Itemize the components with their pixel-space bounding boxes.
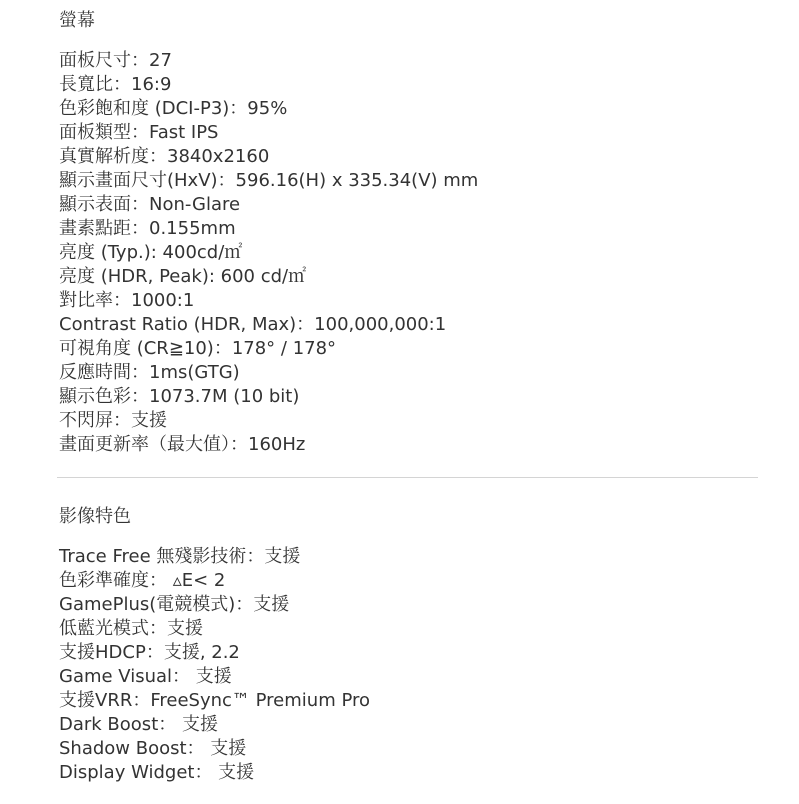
feature-hdcp: 支援HDCP：支援, 2.2 <box>59 641 759 665</box>
spec-display-surface: 顯示表面：Non-Glare <box>59 193 759 217</box>
spec-flicker-free: 不閃屏：支援 <box>59 409 759 433</box>
feature-dark-boost: Dark Boost： 支援 <box>59 713 759 737</box>
spec-contrast-ratio: 對比率：1000:1 <box>59 289 759 313</box>
spec-response-time: 反應時間：1ms(GTG) <box>59 361 759 385</box>
spec-color-gamut: 色彩飽和度 (DCI-P3)：95% <box>59 97 759 121</box>
spec-resolution: 真實解析度：3840x2160 <box>59 145 759 169</box>
feature-low-blue-light: 低藍光模式：支援 <box>59 617 759 641</box>
feature-shadow-boost: Shadow Boost： 支援 <box>59 737 759 761</box>
section-divider <box>57 477 758 478</box>
feature-display-widget: Display Widget： 支援 <box>59 761 759 785</box>
spec-display-colors: 顯示色彩：1073.7M (10 bit) <box>59 385 759 409</box>
feature-color-accuracy: 色彩準確度： ▵E< 2 <box>59 569 759 593</box>
feature-vrr: 支援VRR：FreeSync™ Premium Pro <box>59 689 759 713</box>
spec-pixel-pitch: 畫素點距：0.155mm <box>59 217 759 241</box>
section-title-display: 螢幕 <box>59 9 759 33</box>
spec-panel-type: 面板類型：Fast IPS <box>59 121 759 145</box>
feature-trace-free: Trace Free 無殘影技術：支援 <box>59 545 759 569</box>
display-spec-list: 面板尺寸：27 長寬比：16:9 色彩飽和度 (DCI-P3)：95% 面板類型… <box>59 49 759 457</box>
video-feature-list: Trace Free 無殘影技術：支援 色彩準確度： ▵E< 2 GamePlu… <box>59 545 759 785</box>
spec-brightness-typ: 亮度 (Typ.): 400cd/㎡ <box>59 241 759 265</box>
feature-gameplus: GamePlus(電競模式)：支援 <box>59 593 759 617</box>
display-specs-section: 螢幕 面板尺寸：27 長寬比：16:9 色彩飽和度 (DCI-P3)：95% 面… <box>59 9 759 457</box>
spec-viewing-angle: 可視角度 (CR≧10)：178° / 178° <box>59 337 759 361</box>
spec-panel-size: 面板尺寸：27 <box>59 49 759 73</box>
feature-game-visual: Game Visual： 支援 <box>59 665 759 689</box>
spec-refresh-rate: 畫面更新率（最大值）：160Hz <box>59 433 759 457</box>
video-features-section: 影像特色 Trace Free 無殘影技術：支援 色彩準確度： ▵E< 2 Ga… <box>59 505 759 785</box>
spec-display-area: 顯示畫面尺寸(HxV)：596.16(H) x 335.34(V) mm <box>59 169 759 193</box>
spec-contrast-ratio-hdr: Contrast Ratio (HDR, Max)：100,000,000:1 <box>59 313 759 337</box>
section-title-video-features: 影像特色 <box>59 505 759 529</box>
spec-aspect-ratio: 長寬比：16:9 <box>59 73 759 97</box>
spec-brightness-hdr: 亮度 (HDR, Peak): 600 cd/㎡ <box>59 265 759 289</box>
